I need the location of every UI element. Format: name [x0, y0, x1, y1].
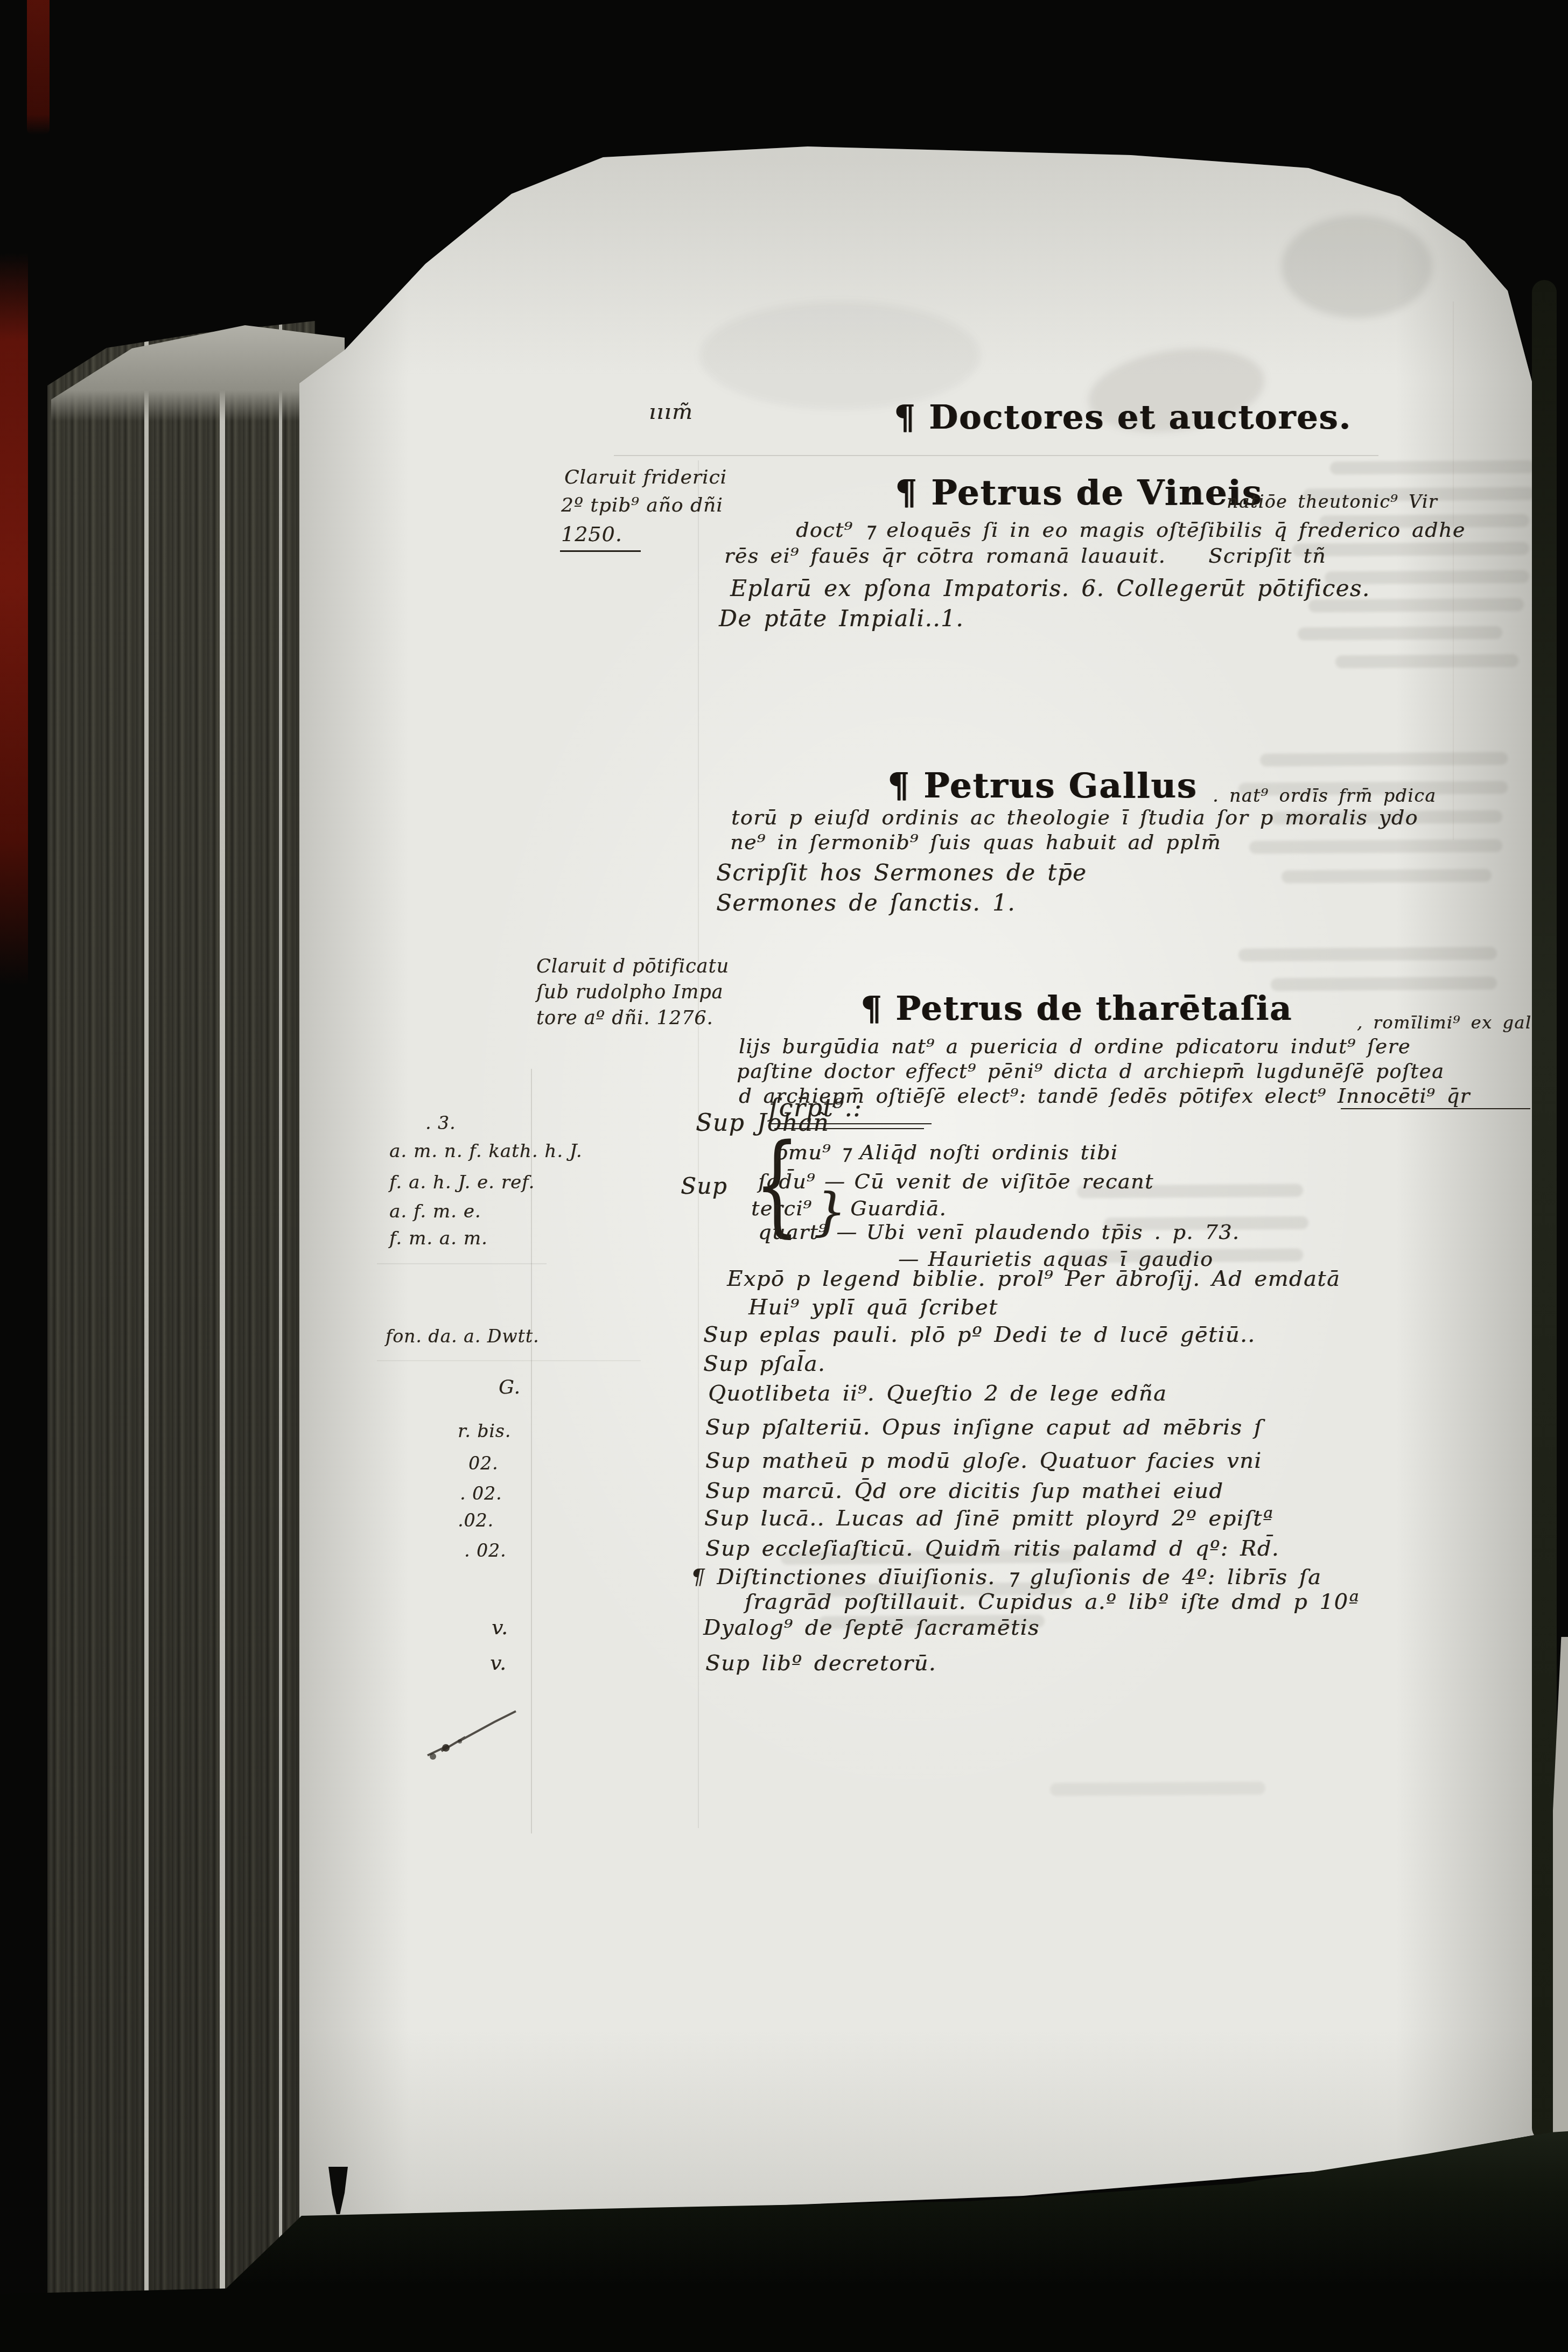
work-row: Sup pſal̄a.	[703, 1352, 825, 1376]
work-row-margin: . 02.	[464, 1540, 506, 1561]
page-shadow-smudge	[700, 302, 980, 409]
folio-mark: ııım̃	[649, 400, 693, 424]
work-row-margin: r. bis.	[458, 1420, 511, 1441]
bleedthrough-line	[1271, 977, 1497, 991]
heading-note: natiōe theutonic⁹ Vir	[1227, 491, 1438, 512]
page-smudge	[1282, 215, 1432, 318]
work-row: ¶ Diſtinctiones dīuiſionis. ⁊ gluſionis …	[691, 1565, 1321, 1590]
bleedthrough-line	[1330, 460, 1535, 475]
book-cover-red-edge	[0, 253, 28, 985]
work-row-margin: . 02.	[460, 1483, 502, 1504]
book-cover-red-corner	[27, 0, 50, 135]
work-row-margin: fon. da. a. Dwtt.	[386, 1326, 539, 1347]
work-row-margin: .02.	[458, 1510, 494, 1531]
heading-note: . nat⁹ ordīs frm̄ pdica	[1213, 785, 1436, 806]
work-row-margin: 02.	[468, 1453, 498, 1474]
work-row-margin: v.	[492, 1615, 508, 1639]
bleedthrough-line	[1335, 654, 1518, 668]
section-heading: ¶ Petrus de tharētaſia	[860, 989, 1292, 1028]
stray-ink-scribble	[425, 1706, 538, 1765]
bleedthrough-line	[1292, 542, 1529, 556]
work-row: Sup eccleſiaſticū. Quidm̄ ritis palamd d…	[705, 1536, 1279, 1561]
bleedthrough-line	[1238, 947, 1497, 961]
work-row-margin: G.	[499, 1376, 521, 1398]
work-row-margin: v.	[490, 1651, 507, 1675]
group-label: Sup	[681, 1173, 727, 1199]
work-row: Expō p legend biblie. prol⁹ Per ābroſij.…	[727, 1266, 1340, 1291]
underline	[1341, 1108, 1530, 1109]
work-row: Dyalog⁹ de ſeptē ſacramētis	[703, 1615, 1040, 1640]
work-row: Hui⁹ yplī quā ſcribet	[748, 1295, 998, 1320]
ruling-header-line	[614, 455, 1378, 456]
work-row: Sup eplas pauli. plō pº Dedi te d lucē g…	[703, 1322, 1256, 1347]
ruling-line-a	[377, 1263, 547, 1264]
bleedthrough-line	[1260, 752, 1508, 766]
section-heading: ¶ Petrus de Vineis	[895, 473, 1262, 513]
work-row: Sup lucā.. Lucas ad ſinē pmitt ployrd 2º…	[704, 1506, 1273, 1531]
manuscript-photo: ııım̃ ¶ Doctores et auctores. Claruit fr…	[0, 0, 1568, 2352]
work-line: Scripſit hos Sermones de tp̄e	[716, 859, 1087, 886]
body-line: lijs burgūdia nat⁹ a puericia d ordine p…	[739, 1035, 1411, 1058]
list-item: pmu⁹⁊Aliq̄d noſti ordinis tibi	[774, 1140, 1118, 1164]
page-title: ¶ Doctores et auctores.	[894, 397, 1352, 437]
work-row: ſragrād poſtillauit. Cupidus a.º libº iſ…	[745, 1590, 1360, 1614]
section-heading: ¶ Petrus Gallus	[887, 766, 1198, 806]
body-line: doct⁹ ⁊ eloquēs ſi in eo magis oſtēſibil…	[796, 518, 1466, 542]
work-row: Sup matheū p modū gloſe. Quatuor facies …	[705, 1448, 1262, 1473]
work-row: Sup libº decretorū.	[705, 1651, 936, 1676]
list-item: terci⁹}Guardiā.	[751, 1196, 947, 1220]
page-stack-highlights	[47, 321, 315, 2315]
ruling-vertical-text	[698, 460, 699, 1828]
bleedthrough-line	[1050, 1782, 1265, 1796]
list-item: quart⁹—Ubi venī plaudendo tp̄is . p. 73.	[758, 1220, 1240, 1244]
bleedthrough-line	[1249, 839, 1502, 853]
heading-note: , romīlimi⁹ ex gal	[1357, 1012, 1531, 1033]
body-line: ne⁹ in ſermonib⁹ ſuis quas habuit ad ppl…	[730, 830, 1221, 854]
ruling-line-b	[377, 1360, 641, 1361]
work-line: Sermones de ſanctis. 1.	[716, 890, 1016, 916]
body-line: paſtine doctor effect⁹ pēni⁹ dicta d arc…	[737, 1060, 1444, 1083]
work-row: Sup pſalteriū. Opus inſigne caput ad mēb…	[705, 1415, 1263, 1440]
body-line: torū p eiuſd ordinis ac theologie ī ſtud…	[731, 806, 1418, 829]
body-line: rēs ei⁹ fauēs q̄r cōtra romanā lauauit. …	[724, 544, 1326, 568]
underline	[560, 550, 641, 552]
work-line: Eplarū ex pſona Impatoris. 6. Collegerūt…	[730, 575, 1370, 601]
work-row: Quotlibeta ii⁹. Queſtio 2 de lege edña	[708, 1381, 1167, 1406]
bleedthrough-line	[1298, 626, 1502, 641]
work-row: Sup marcū. Q̄d ore dicitis ſup mathei ei…	[705, 1479, 1223, 1503]
bleedthrough-line	[1282, 869, 1492, 884]
work-line: De ptāte Impiali..1.	[719, 605, 964, 632]
